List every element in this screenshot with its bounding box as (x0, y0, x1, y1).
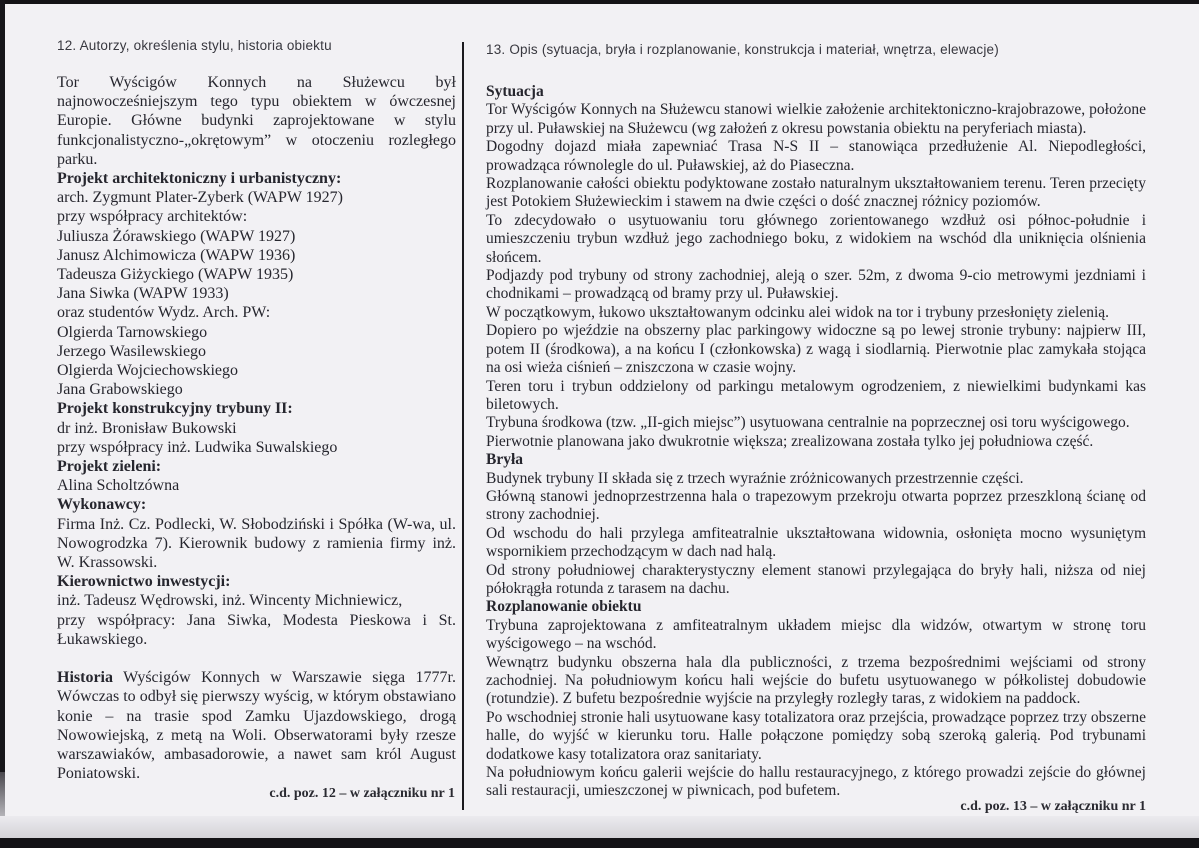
text-line: inż. Tadeusz Wędrowski, inż. Wincenty Mi… (57, 591, 456, 610)
scan-edge-left-fade (0, 772, 5, 818)
scan-edge-bottom (0, 838, 1199, 848)
paragraph: Dogodny dojazd miała zapewniać Trasa N-S… (486, 138, 1146, 175)
paragraph: Po wschodniej stronie hali usytuowane ka… (486, 709, 1146, 764)
text-line: Tadeusza Giżyckiego (WAPW 1935) (57, 265, 456, 284)
paragraph: Wewnątrz budynku obszerna hala dla publi… (486, 654, 1146, 709)
paragraph: Firma Inż. Cz. Podlecki, W. Słobodziński… (57, 515, 456, 573)
paragraph: Teren toru i trybun oddzielony od parkin… (486, 378, 1146, 415)
section-heading: Bryła (486, 451, 1146, 469)
left-column: 12. Autorzy, określenia stylu, historia … (57, 38, 456, 783)
section-13-body: SytuacjaTor Wyścigów Konnych na Służewcu… (486, 83, 1146, 801)
scan-shadow-bottom (0, 816, 1199, 839)
text-line: Jerzego Wasilewskiego (57, 342, 456, 361)
text-line: Jana Grabowskiego (57, 380, 456, 399)
scan-edge-top (0, 0, 1199, 4)
section-heading: Sytuacja (486, 83, 1146, 101)
paragraph: Od wschodu do hali przylega amfiteatraln… (486, 525, 1146, 562)
paragraph: Główną stanowi jednoprzestrzenna hala o … (486, 488, 1146, 525)
paragraph: przy współpracy: Jana Siwka, Modesta Pie… (57, 611, 456, 649)
section-heading: Wykonawcy: (57, 495, 456, 514)
text-line: Olgierda Wojciechowskiego (57, 361, 456, 380)
scan-edge-left (0, 0, 5, 772)
right-column: 13. Opis (sytuacja, bryła i rozplanowani… (486, 42, 1146, 801)
paragraph: To zdecydowało o usytuowaniu toru główne… (486, 212, 1146, 267)
paragraph: Tor Wyścigów Konnych na Służewcu był naj… (57, 73, 456, 169)
text-line: przy współpracy inż. Ludwika Suwalskiego (57, 438, 456, 457)
paragraph: Dopiero po wjeździe na obszerny plac par… (486, 322, 1146, 377)
paragraph: Od strony południowej charakterystyczny … (486, 562, 1146, 599)
paragraph: Pierwotnie planowana jako dwukrotnie wię… (486, 433, 1146, 451)
text-line: Janusz Alchimowicza (WAPW 1936) (57, 246, 456, 265)
text-line: Juliusza Żórawskiego (WAPW 1927) (57, 227, 456, 246)
section-heading: Projekt architektoniczny i urbanistyczny… (57, 169, 456, 188)
text-line: Olgierda Tarnowskiego (57, 323, 456, 342)
paragraph: Podjazdy pod trybuny od strony zachodnie… (486, 267, 1146, 304)
text-line: dr inż. Bronisław Bukowski (57, 419, 456, 438)
paragraph: Historia Wyścigów Konnych w Warszawie si… (57, 668, 456, 783)
text-line: arch. Zygmunt Plater-Zyberk (WAPW 1927) (57, 188, 456, 207)
column-divider (462, 42, 464, 810)
scanned-document-page: 12. Autorzy, określenia stylu, historia … (0, 0, 1199, 848)
continuation-note-12: c.d. poz. 12 – w załączniku nr 1 (57, 786, 455, 802)
section-12-header: 12. Autorzy, określenia stylu, historia … (57, 38, 456, 53)
paragraph: Budynek trybuny II składa się z trzech w… (486, 470, 1146, 488)
paragraph: Rozplanowanie całości obiektu podyktowan… (486, 175, 1146, 212)
section-heading: Rozplanowanie obiektu (486, 598, 1146, 616)
paragraph: Trybuna zaprojektowana z amfiteatralnym … (486, 617, 1146, 654)
text-line: Alina Scholtzówna (57, 476, 456, 495)
text-line: oraz studentów Wydz. Arch. PW: (57, 303, 456, 322)
section-heading: Projekt konstrukcyjny trybuny II: (57, 399, 456, 418)
section-13-header: 13. Opis (sytuacja, bryła i rozplanowani… (486, 42, 1146, 57)
section-12-body: Tor Wyścigów Konnych na Służewcu był naj… (57, 73, 456, 783)
paragraph: W początkowym, łukowo ukształtowanym odc… (486, 304, 1146, 322)
section-heading: Projekt zieleni: (57, 457, 456, 476)
paragraph: Na południowym końcu galerii wejście do … (486, 764, 1146, 801)
continuation-note-13: c.d. poz. 13 – w załączniku nr 1 (486, 799, 1146, 815)
text-line: Jana Siwka (WAPW 1933) (57, 284, 456, 303)
section-heading: Kierownictwo inwestycji: (57, 572, 456, 591)
text-line: przy współpracy architektów: (57, 207, 456, 226)
paragraph: Trybuna środkowa (tzw. „II-gich miejsc”)… (486, 414, 1146, 432)
paragraph: Tor Wyścigów Konnych na Służewcu stanowi… (486, 101, 1146, 138)
